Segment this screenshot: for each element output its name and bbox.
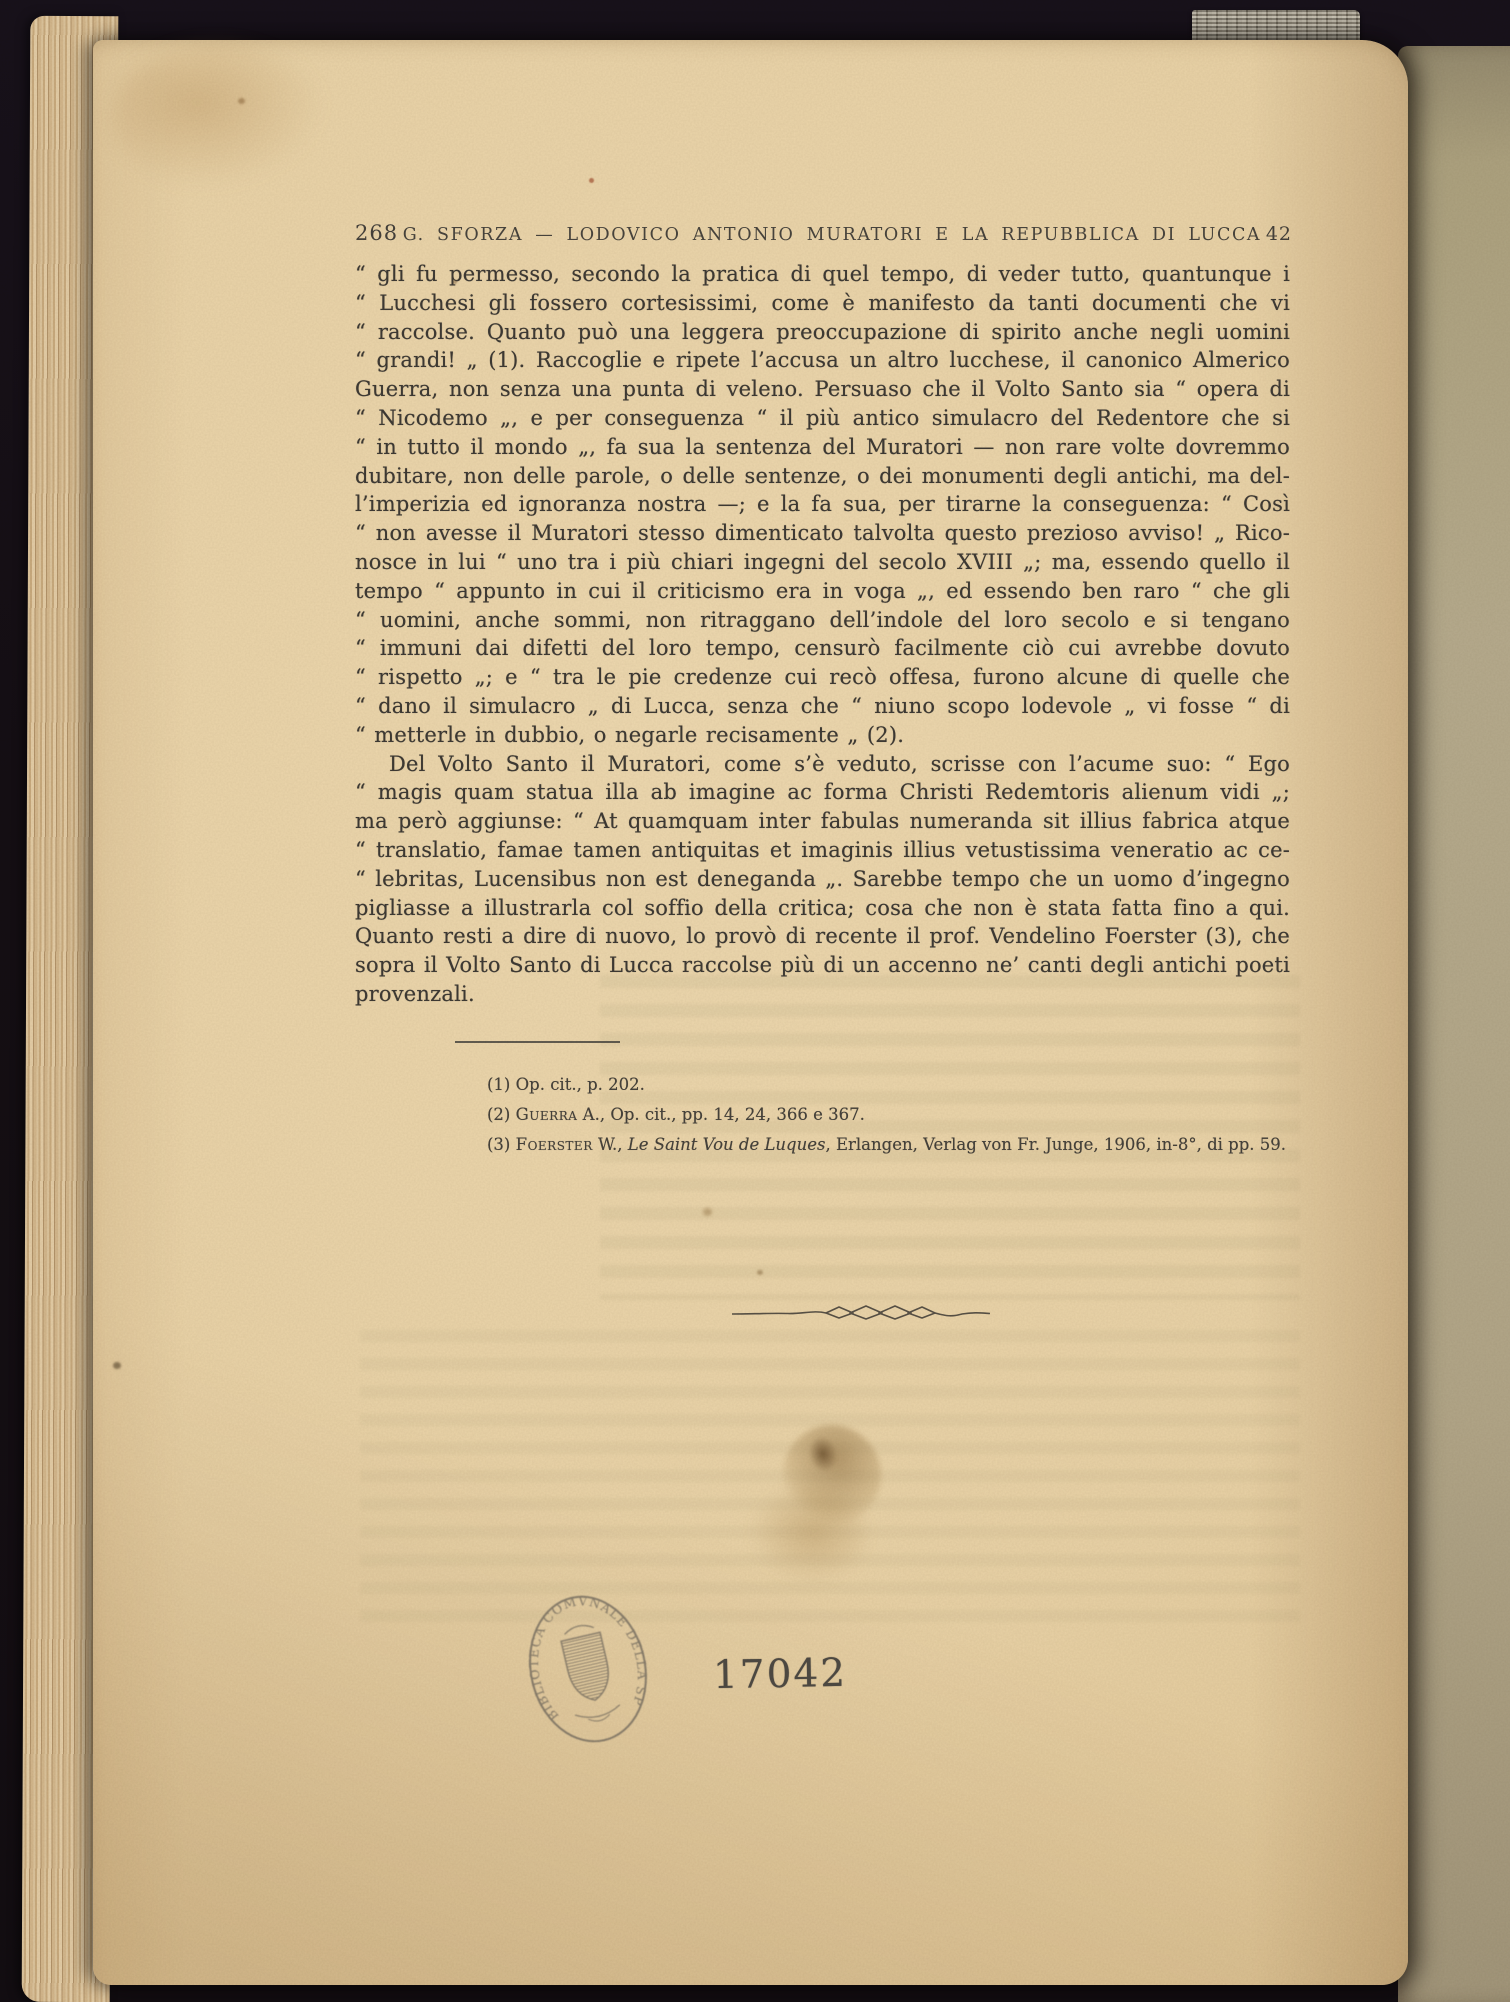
cloth-bookmark xyxy=(1192,10,1360,42)
page-speck xyxy=(113,1362,121,1369)
text-line: “ uomini, anche sommi, non ritraggano de… xyxy=(355,606,1290,635)
text-line: l’imperizia ed ignoranza nostra —; e la … xyxy=(355,490,1290,519)
page-stain xyxy=(769,1411,895,1538)
text-line: “ Lucchesi gli fossero cortesissimi, com… xyxy=(355,289,1290,318)
footnotes: (1) Op. cit., p. 202.(2) Guerra A., Op. … xyxy=(487,1070,1317,1160)
divider-ornament xyxy=(730,1302,992,1324)
paragraph-2: Del Volto Santo il Muratori, come s’è ve… xyxy=(355,750,1290,1009)
page-speck xyxy=(757,1270,763,1275)
text-segment: A., Op. cit., pp. 14, 24, 366 e 367. xyxy=(577,1105,864,1124)
text-line: provenzali. xyxy=(355,980,1290,1009)
underlying-page-edge xyxy=(1398,46,1510,2002)
text-line: “ translatio, famae tamen antiquitas et … xyxy=(355,836,1290,865)
text-segment: W., xyxy=(593,1135,628,1154)
footnote: (3) Foerster W., Le Saint Vou de Luques,… xyxy=(487,1130,1317,1160)
text-line: pigliasse a illustrarla col soffio della… xyxy=(355,894,1290,923)
page-header: 268 G. SFORZA — LODOVICO ANTONIO MURATOR… xyxy=(355,221,1292,245)
text-line: “ magis quam statua illa ab imagine ac f… xyxy=(355,778,1290,807)
text-line: “ gli fu permesso, secondo la pratica di… xyxy=(355,260,1290,289)
text-line: “ non avesse il Muratori stesso dimentic… xyxy=(355,519,1290,548)
text-line: Quanto resti a dire di nuovo, lo provò d… xyxy=(355,922,1290,951)
text-segment: Guerra xyxy=(516,1105,578,1124)
text-line: tempo “ appunto in cui il criticismo era… xyxy=(355,577,1290,606)
scanned-book-page-photo: 268 G. SFORZA — LODOVICO ANTONIO MURATOR… xyxy=(0,0,1510,2002)
text-line: Del Volto Santo il Muratori, come s’è ve… xyxy=(355,750,1290,779)
text-segment: Foerster xyxy=(516,1135,593,1154)
text-line: “ Nicodemo „, e per conseguenza “ il più… xyxy=(355,404,1290,433)
page-number-right: 42 xyxy=(1266,223,1292,245)
running-title: G. SFORZA — LODOVICO ANTONIO MURATORI E … xyxy=(398,225,1266,245)
footnote-rule xyxy=(455,1041,620,1043)
page-speck xyxy=(589,178,594,183)
text-line: “ rispetto „; e “ tra le pie credenze cu… xyxy=(355,663,1290,692)
accession-number-stamp: 17042 xyxy=(713,1651,848,1698)
page-speck xyxy=(703,1208,712,1216)
corner-stain xyxy=(111,44,326,189)
text-line: nosce in lui “ uno tra i più chiari inge… xyxy=(355,548,1290,577)
text-line: “ metterle in dubbio, o negarle recisame… xyxy=(355,721,1290,750)
paragraph-1: “ gli fu permesso, secondo la pratica di… xyxy=(355,260,1290,750)
text-line: ma però aggiunse: “ At quamquam inter fa… xyxy=(355,807,1290,836)
page-stain xyxy=(805,1433,841,1475)
page-number-left: 268 xyxy=(355,221,398,245)
text-segment: Le Saint Vou de Luques xyxy=(628,1135,826,1154)
text-line: “ grandi! „ (1). Raccoglie e ripete l’ac… xyxy=(355,346,1290,375)
footnote: (1) Op. cit., p. 202. xyxy=(487,1070,1317,1100)
book-page: 268 G. SFORZA — LODOVICO ANTONIO MURATOR… xyxy=(93,40,1408,1985)
text-line: “ immuni dai difetti del loro tempo, cen… xyxy=(355,634,1290,663)
text-segment: (1) Op. cit., p. 202. xyxy=(487,1075,645,1094)
page-speck xyxy=(238,98,245,104)
stamp-emblem xyxy=(561,1632,615,1704)
main-text: “ gli fu permesso, secondo la pratica di… xyxy=(355,260,1290,1009)
text-segment: , Erlangen, Verlag von Fr. Junge, 1906, … xyxy=(825,1135,1286,1154)
text-line: “ dano il simulacro „ di Lucca, senza ch… xyxy=(355,692,1290,721)
text-line: dubitare, non delle parole, o delle sent… xyxy=(355,462,1290,491)
library-stamp: BIBLIOTECA COMVNALE DELLA SPEZIA xyxy=(494,1560,683,1779)
text-line: “ in tutto il mondo „, fa sua la sentenz… xyxy=(355,433,1290,462)
page-stain xyxy=(751,1488,866,1583)
text-line: “ lebritas, Lucensibus non est deneganda… xyxy=(355,865,1290,894)
text-line: “ raccolse. Quanto può una leggera preoc… xyxy=(355,318,1290,347)
text-line: Guerra, non senza una punta di veleno. P… xyxy=(355,375,1290,404)
footnote: (2) Guerra A., Op. cit., pp. 14, 24, 366… xyxy=(487,1100,1317,1130)
show-through-text xyxy=(360,1330,1300,1630)
text-segment: (2) xyxy=(487,1105,516,1124)
text-segment: (3) xyxy=(487,1135,516,1154)
text-line: sopra il Volto Santo di Lucca raccolse p… xyxy=(355,951,1290,980)
